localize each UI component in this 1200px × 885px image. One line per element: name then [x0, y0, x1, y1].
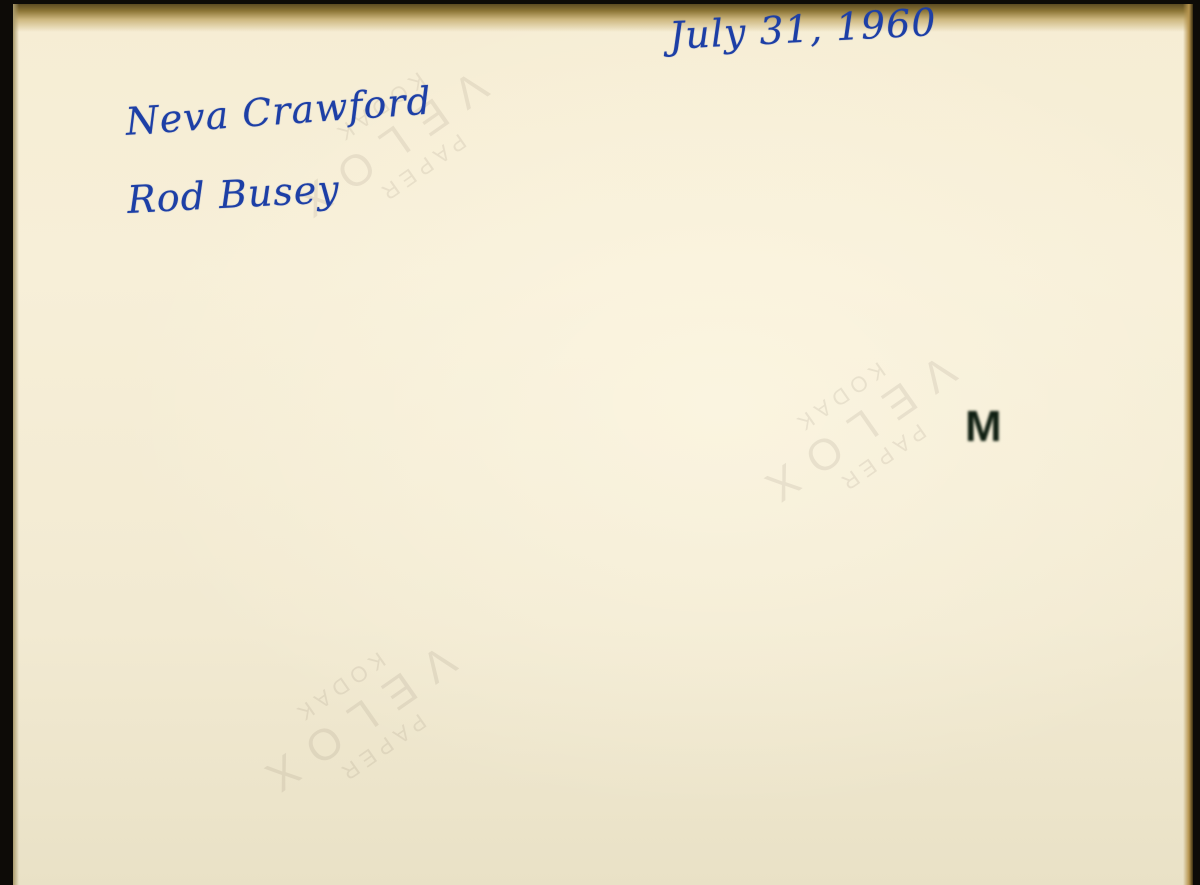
paper-top-edge [13, 4, 1193, 32]
paper-right-edge [1183, 4, 1193, 885]
paper-left-edge [13, 4, 19, 885]
ink-stamp-mark: M [965, 402, 996, 452]
scanned-photo-back: PAPER VELOX KODAK PAPER VELOX KODAK PAPE… [0, 0, 1200, 885]
